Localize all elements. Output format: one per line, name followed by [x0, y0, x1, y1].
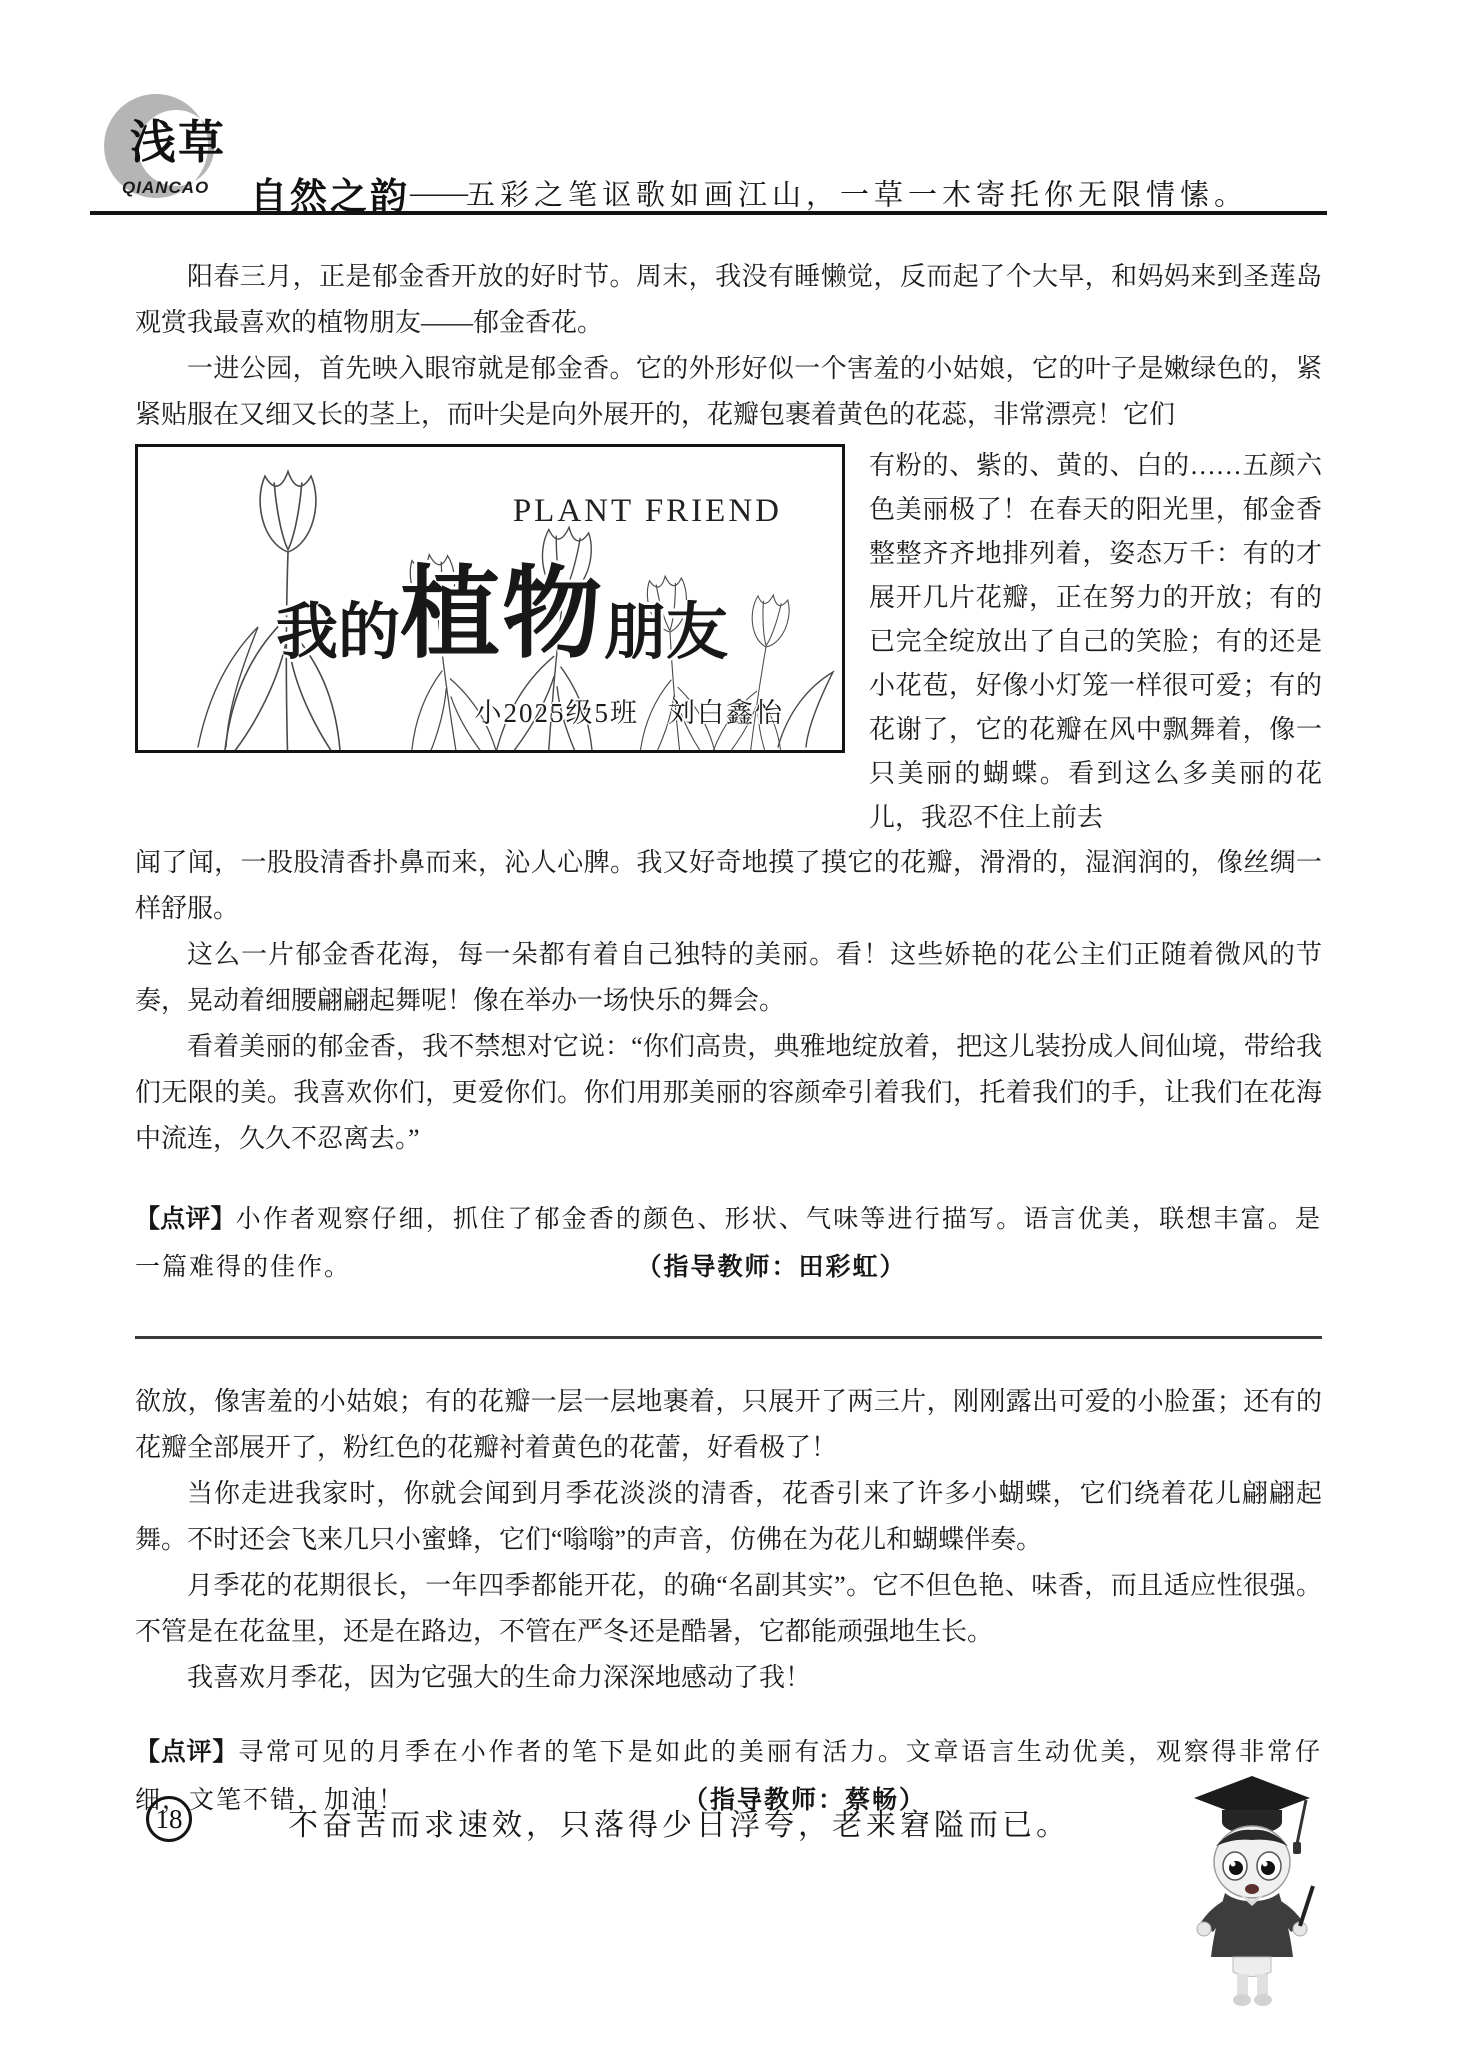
teacher-comment-1: 【点评】小作者观察仔细，抓住了郁金香的颜色、形状、气味等进行描写。语言优美，联想… [135, 1196, 1322, 1292]
inset-title: 我的植物朋友 [276, 564, 728, 664]
inset-title-post: 朋友 [604, 602, 728, 664]
section-tagline: 五彩之笔讴歌如画江山，一草一木寄托你无限情愫。 [466, 180, 1248, 212]
inset-title-mid: 植物 [400, 564, 604, 664]
graduate-mascot-icon [1176, 1770, 1328, 2008]
comment-teacher: （指导教师：田彩虹） [649, 1254, 907, 1281]
header-rule [90, 211, 1327, 215]
article-body: 阳春三月，正是郁金香开放的好时节。周末，我没有睡懒觉，反而起了个大早，和妈妈来到… [135, 254, 1322, 1825]
article1-paragraph-3: 这么一片郁金香花海，每一朵都有着自己独特的美丽。看！这些娇艳的花公主们正随着微风… [135, 932, 1322, 1024]
logo-latin-text: QIANCAO [122, 178, 209, 198]
inset-english-label: PLANT FRIEND [513, 493, 782, 530]
article1-paragraph-2-side: 有粉的、紫的、黄的、白的……五颜六色美丽极了！在春天的阳光里，郁金香整整齐齐地排… [869, 444, 1322, 840]
section-dash: —— [410, 176, 466, 209]
article-divider [135, 1336, 1322, 1339]
article2-paragraph-3: 月季花的花期很长，一年四季都能开花，的确“名副其实”。它不但色艳、味香，而且适应… [135, 1563, 1322, 1655]
logo-chinese-text: 浅草 [130, 106, 226, 172]
comment-label: 【点评】 [135, 1739, 238, 1766]
article2-paragraph-4: 我喜欢月季花，因为它强大的生命力深深地感动了我！ [135, 1655, 1322, 1701]
article2-paragraph-2: 当你走进我家时，你就会闻到月季花淡淡的清香，花香引来了许多小蝴蝶，它们绕着花儿翩… [135, 1471, 1322, 1563]
article1-paragraph-2-end: 闻了闻，一股股清香扑鼻而来，沁人心脾。我又好奇地摸了摸它的花瓣，滑滑的，湿润润的… [135, 840, 1322, 932]
inset-row: PLANT FRIEND 我的植物朋友 小2025级5班 刘白鑫怡 有粉的、紫的… [135, 444, 1322, 840]
article1-paragraph-2-start: 一进公园，首先映入眼帘就是郁金香。它的外形好似一个害羞的小姑娘，它的叶子是嫩绿色… [135, 346, 1322, 438]
magazine-page: 浅草 QIANCAO 自然之韵——五彩之笔讴歌如画江山，一草一木寄托你无限情愫。… [0, 0, 1457, 2047]
footer-quote: 不奋苦而求速效，只落得少日浮夸，老来窘隘而已。 [288, 1800, 1070, 1844]
comment-label: 【点评】 [135, 1206, 236, 1233]
inset-byline: 小2025级5班 刘白鑫怡 [475, 691, 785, 730]
page-number-badge: 18 [146, 1796, 192, 1842]
article1-paragraph-4: 看着美丽的郁金香，我不禁想对它说：“你们高贵，典雅地绽放着，把这儿装扮成人间仙境… [135, 1024, 1322, 1162]
plant-friend-inset: PLANT FRIEND 我的植物朋友 小2025级5班 刘白鑫怡 [135, 444, 845, 753]
qiancao-logo: 浅草 QIANCAO [90, 90, 242, 210]
inset-title-pre: 我的 [276, 602, 400, 664]
article1-paragraph-1: 阳春三月，正是郁金香开放的好时节。周末，我没有睡懒觉，反而起了个大早，和妈妈来到… [135, 254, 1322, 346]
article2-paragraph-1: 欲放，像害羞的小姑娘；有的花瓣一层一层地裹着，只展开了两三片，刚刚露出可爱的小脸… [135, 1379, 1322, 1471]
